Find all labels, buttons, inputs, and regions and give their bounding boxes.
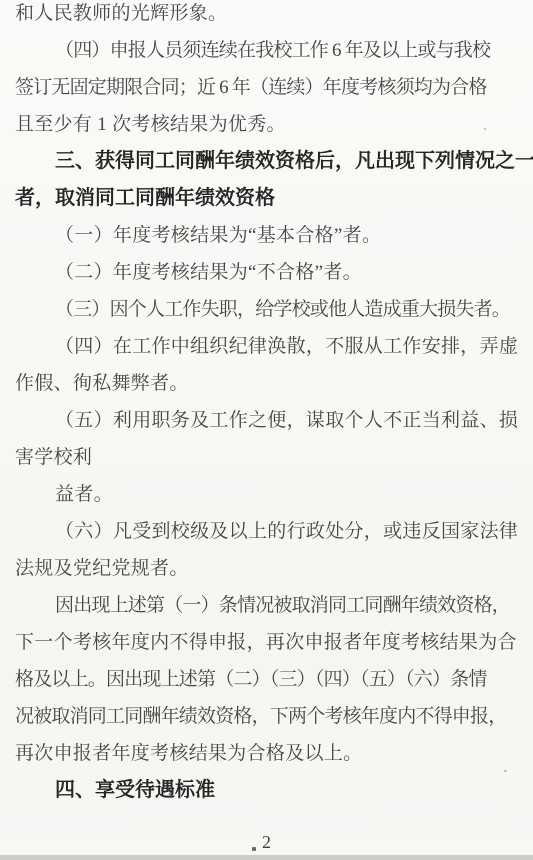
scan-artifact-speck (484, 128, 486, 130)
body-text-line: 签订无固定期限合同；近 6 年（连续）年度考核须均为合格 (15, 69, 523, 106)
heading-line: 四、享受待遇标准 (15, 772, 523, 809)
body-text-line: （二）年度考核结果为“不合格”者。 (15, 254, 523, 291)
scan-artifact-speck (504, 770, 507, 772)
scan-artifact-speck (252, 847, 256, 851)
body-text-line: 因出现上述第（一）条情况被取消同工同酬年绩效资格， (15, 587, 523, 624)
body-text-line: 害学校利 (15, 439, 523, 476)
heading-line: 三、获得同工同酬年绩效资格后，凡出现下列情况之一 (15, 143, 523, 180)
body-text-line: （六）凡受到校级及以上的行政处分，或违反国家法律 (15, 513, 523, 550)
body-text-line: （四）申报人员须连续在我校工作 6 年及以上或与我校 (15, 32, 523, 69)
document-body: 和人民教师的光辉形象。（四）申报人员须连续在我校工作 6 年及以上或与我校签订无… (15, 0, 523, 809)
scan-bottom-edge (0, 855, 533, 860)
body-text-line: 益者。 (15, 476, 523, 513)
body-text-line: 格及以上。因出现上述第（二）（三）（四）（五）（六）条情 (15, 661, 523, 698)
body-text-line: 法规及党纪党规者。 (15, 550, 523, 587)
page-number: 2 (0, 832, 533, 853)
body-text-line: 和人民教师的光辉形象。 (15, 0, 523, 32)
body-text-line: 况被取消同工同酬年绩效资格，下两个考核年度内不得申报， (15, 698, 523, 735)
body-text-line: 再次申报者年度考核结果为合格及以上。 (15, 735, 523, 772)
body-text-line: 作假、徇私舞弊者。 (15, 365, 523, 402)
body-text-line: （五）利用职务及工作之便，谋取个人不正当利益、损 (15, 402, 523, 439)
heading-line: 者，取消同工同酬年绩效资格 (15, 180, 523, 217)
scanned-document-page: 和人民教师的光辉形象。（四）申报人员须连续在我校工作 6 年及以上或与我校签订无… (0, 0, 533, 860)
body-text-line: （四）在工作中组织纪律涣散，不服从工作安排，弄虚 (15, 328, 523, 365)
body-text-line: 且至少有 1 次考核结果为优秀。 (15, 106, 523, 143)
body-text-line: （三）因个人工作失职，给学校或他人造成重大损失者。 (15, 291, 523, 328)
body-text-line: 下一个考核年度内不得申报，再次申报者年度考核结果为合 (15, 624, 523, 661)
body-text-line: （一）年度考核结果为“基本合格”者。 (15, 217, 523, 254)
